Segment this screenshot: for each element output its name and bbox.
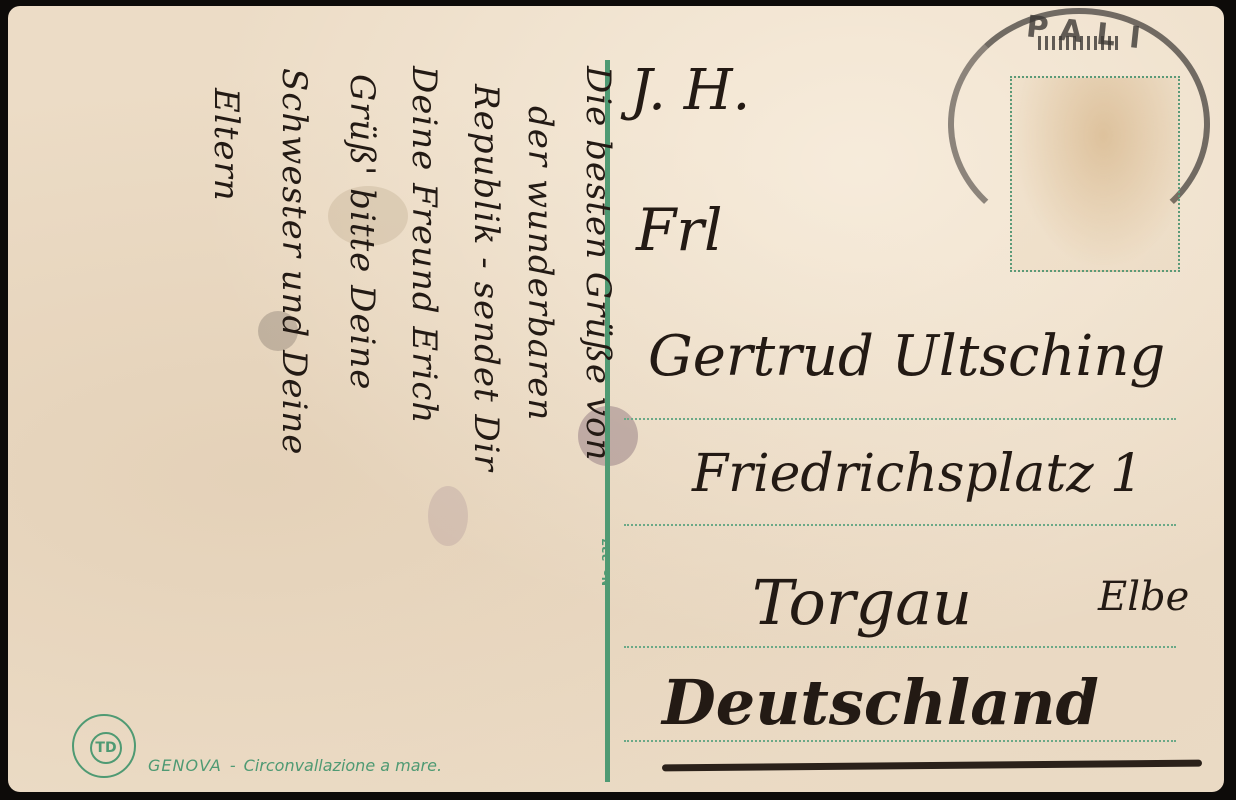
country-underline [662,760,1202,772]
message-line: Grüß' bitte Deine [342,74,382,390]
caption-separator: - [230,756,236,775]
sender-initials: J. H. [630,58,750,123]
address-line [624,418,1176,420]
message-line: Republik - sendet Dir [466,84,506,472]
stamp-box [1010,76,1180,272]
postcard: PALI J. H. Frl Gertrud Ultsching Friedri… [8,6,1224,792]
caption-city: GENOVA [148,756,222,775]
street: Friedrichsplatz 1 [692,444,1143,504]
caption-title: Circonvallazione a mare. [244,756,442,775]
message-line: der wunderbaren [520,106,560,421]
postmark-bars [1038,36,1118,50]
river: Elbe [1098,574,1189,620]
message-line: Schwester und Deine [274,68,314,455]
photo-caption: GENOVA-Circonvallazione a mare. [148,756,442,775]
stain [428,486,468,546]
address-line [624,646,1176,648]
city: Torgau [752,566,972,639]
salutation: Frl [636,196,723,264]
address-line [624,740,1176,742]
address-line [624,524,1176,526]
message-line: Eltern [206,88,246,202]
message-line: Deine Freund Erich [404,66,444,424]
message-line: Die besten Grüße von [578,66,618,461]
publisher-monogram: TD [90,732,122,764]
country: Deutschland [662,666,1099,739]
publisher-logo: TD [72,714,136,778]
card-number: No. 237 [600,538,613,586]
recipient-name: Gertrud Ultsching [648,324,1165,389]
